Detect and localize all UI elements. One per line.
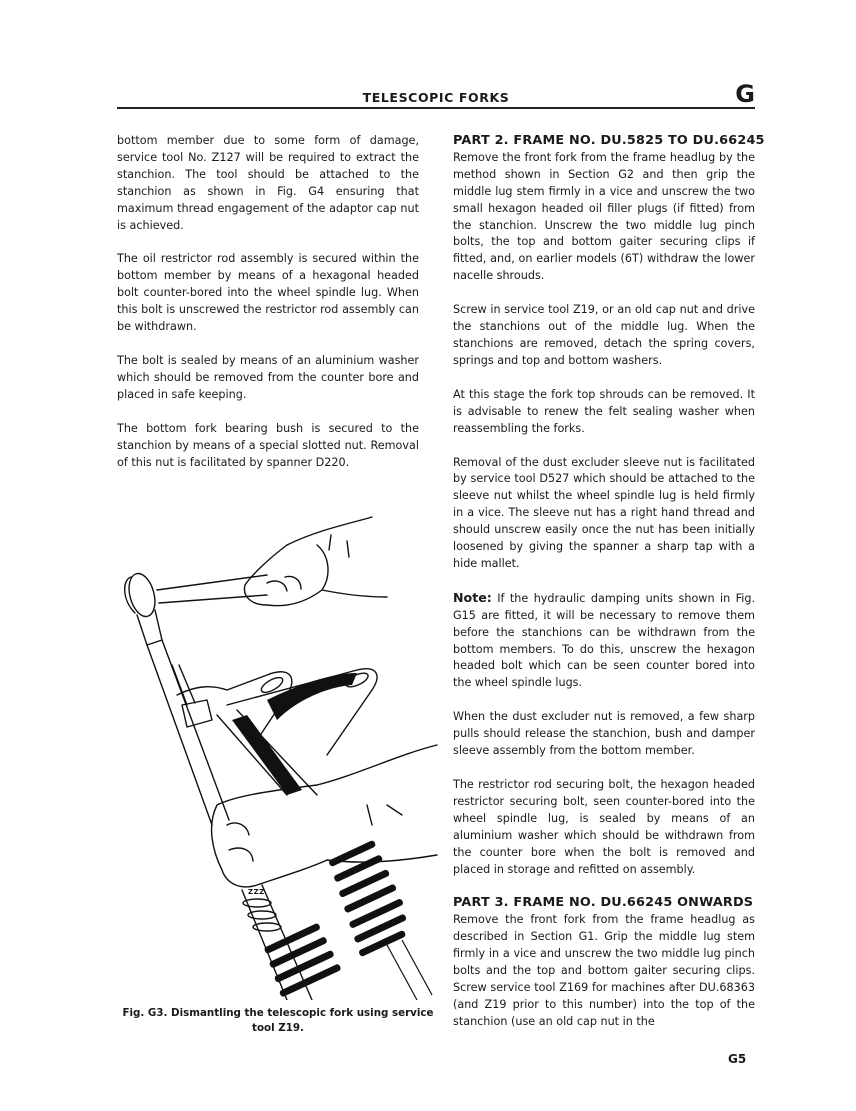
paragraph: Remove the front fork from the frame hea… — [453, 150, 755, 285]
page-header: TELESCOPIC FORKS G — [117, 80, 755, 110]
paragraph: The oil restrictor rod assembly is secur… — [117, 251, 419, 336]
figure-g3-illustration — [117, 505, 439, 1000]
paragraph: The restrictor rod securing bolt, the he… — [453, 777, 755, 878]
paragraph: Remove the front fork from the frame hea… — [453, 912, 755, 1030]
note-label: Note: — [453, 590, 492, 605]
left-column: bottom member due to some form of damage… — [117, 133, 419, 488]
note-text: If the hydraulic damping units shown in … — [453, 592, 755, 690]
manual-page: TELESCOPIC FORKS G bottom member due to … — [0, 0, 856, 1111]
figure-code: ZZZ — [248, 888, 265, 896]
section-letter: G — [735, 80, 755, 108]
paragraph: The bottom fork bearing bush is secured … — [117, 421, 419, 472]
page-number: G5 — [728, 1052, 746, 1066]
figure-caption: Fig. G3. Dismantling the telescopic fork… — [117, 1006, 439, 1036]
caption-line-1: Fig. G3. Dismantling the telescopic fork… — [117, 1006, 439, 1021]
part-2-heading: PART 2. FRAME NO. DU.5825 TO DU.66245 — [453, 133, 755, 150]
header-divider — [117, 107, 755, 109]
part-3-heading: PART 3. FRAME NO. DU.66245 ONWARDS — [453, 895, 755, 912]
paragraph: bottom member due to some form of damage… — [117, 133, 419, 234]
paragraph: Removal of the dust excluder sleeve nut … — [453, 455, 755, 573]
part-2-section: PART 2. FRAME NO. DU.5825 TO DU.66245 Re… — [453, 133, 755, 878]
note-paragraph: Note: If the hydraulic damping units sho… — [453, 590, 755, 692]
caption-line-2: tool Z19. — [117, 1021, 439, 1036]
paragraph: When the dust excluder nut is removed, a… — [453, 709, 755, 760]
part-3-section: PART 3. FRAME NO. DU.66245 ONWARDS Remov… — [453, 895, 755, 1030]
paragraph: The bolt is sealed by means of an alumin… — [117, 353, 419, 404]
paragraph: Screw in service tool Z19, or an old cap… — [453, 302, 755, 370]
paragraph: At this stage the fork top shrouds can b… — [453, 387, 755, 438]
fork-dismantling-drawing-icon — [117, 505, 439, 1000]
right-column: PART 2. FRAME NO. DU.5825 TO DU.66245 Re… — [453, 133, 755, 1048]
page-title: TELESCOPIC FORKS — [117, 90, 755, 105]
